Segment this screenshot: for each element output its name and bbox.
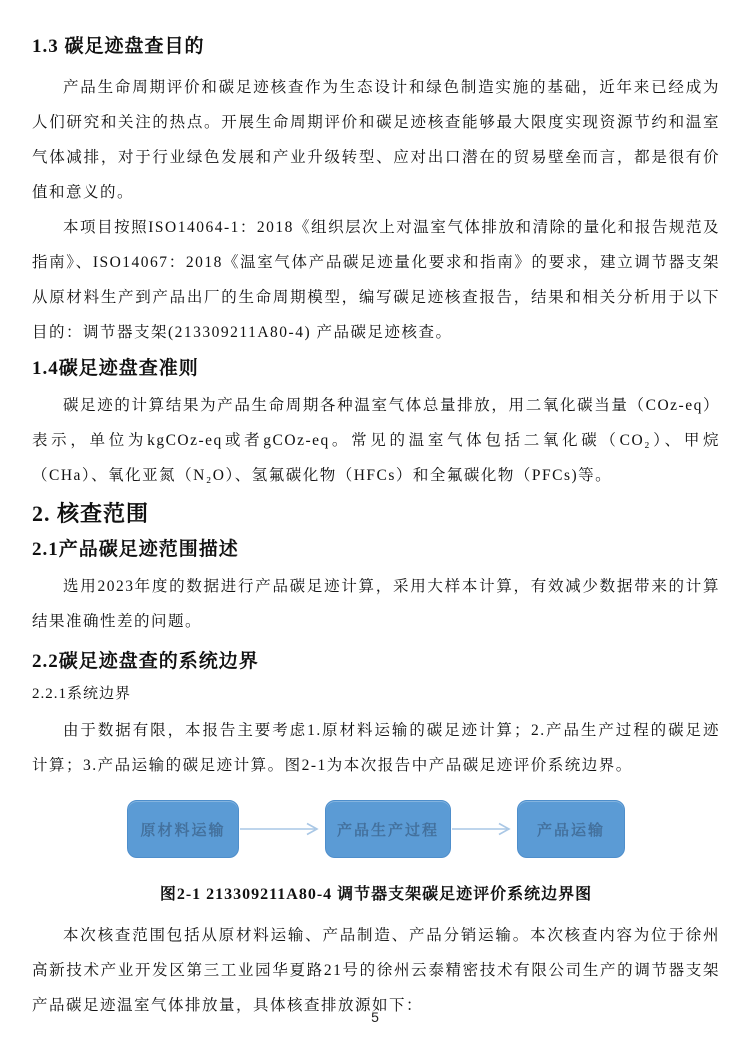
chapter-heading-2: 2. 核查范围 bbox=[32, 499, 720, 529]
flow-box-label: 产品运输 bbox=[537, 819, 605, 840]
figure-2-1-caption: 图2-1 213309211A80-4 调节器支架碳足迹评价系统边界图 bbox=[32, 881, 720, 904]
flow-box-product-transport: 产品运输 bbox=[517, 800, 625, 858]
section-heading-1-3: 1.3 碳足迹盘查目的 bbox=[32, 34, 720, 60]
paragraph-scope-description: 选用2023年度的数据进行产品碳足迹计算，采用大样本计算，有效减少数据带来的计算… bbox=[32, 569, 720, 639]
flow-box-label: 产品生产过程 bbox=[337, 819, 439, 840]
paragraph-criteria: 碳足迹的计算结果为产品生命周期各种温室气体总量排放，用二氧化碳当量（COz-eq… bbox=[32, 388, 720, 493]
paragraph-purpose-1: 产品生命周期评价和碳足迹核查作为生态设计和绿色制造实施的基础，近年来已经成为人们… bbox=[32, 70, 720, 210]
flow-box-label: 原材料运输 bbox=[140, 819, 225, 840]
section-heading-1-4: 1.4碳足迹盘查准则 bbox=[32, 356, 720, 382]
flow-arrow-icon bbox=[451, 822, 517, 836]
flow-box-production-process: 产品生产过程 bbox=[325, 800, 451, 858]
section-heading-2-2: 2.2碳足迹盘查的系统边界 bbox=[32, 649, 720, 675]
report-page: 1.3 碳足迹盘查目的 产品生命周期评价和碳足迹核查作为生态设计和绿色制造实施的… bbox=[0, 0, 750, 1061]
paragraph-verification-scope: 本次核查范围包括从原材料运输、产品制造、产品分销运输。本次核查内容为位于徐州高新… bbox=[32, 918, 720, 1023]
section-heading-2-1: 2.1产品碳足迹范围描述 bbox=[32, 537, 720, 563]
page-number: 5 bbox=[0, 1009, 750, 1025]
paragraph-purpose-2: 本项目按照ISO14064-1：2018《组织层次上对温室气体排放和清除的量化和… bbox=[32, 210, 720, 350]
paragraph-system-boundary: 由于数据有限，本报告主要考虑1.原材料运输的碳足迹计算；2.产品生产过程的碳足迹… bbox=[32, 713, 720, 783]
flow-arrow-icon bbox=[239, 822, 325, 836]
system-boundary-diagram: 原材料运输 产品生产过程 产品运输 bbox=[32, 793, 720, 865]
subsection-heading-2-2-1: 2.2.1系统边界 bbox=[32, 683, 720, 705]
flow-box-raw-material-transport: 原材料运输 bbox=[127, 800, 239, 858]
